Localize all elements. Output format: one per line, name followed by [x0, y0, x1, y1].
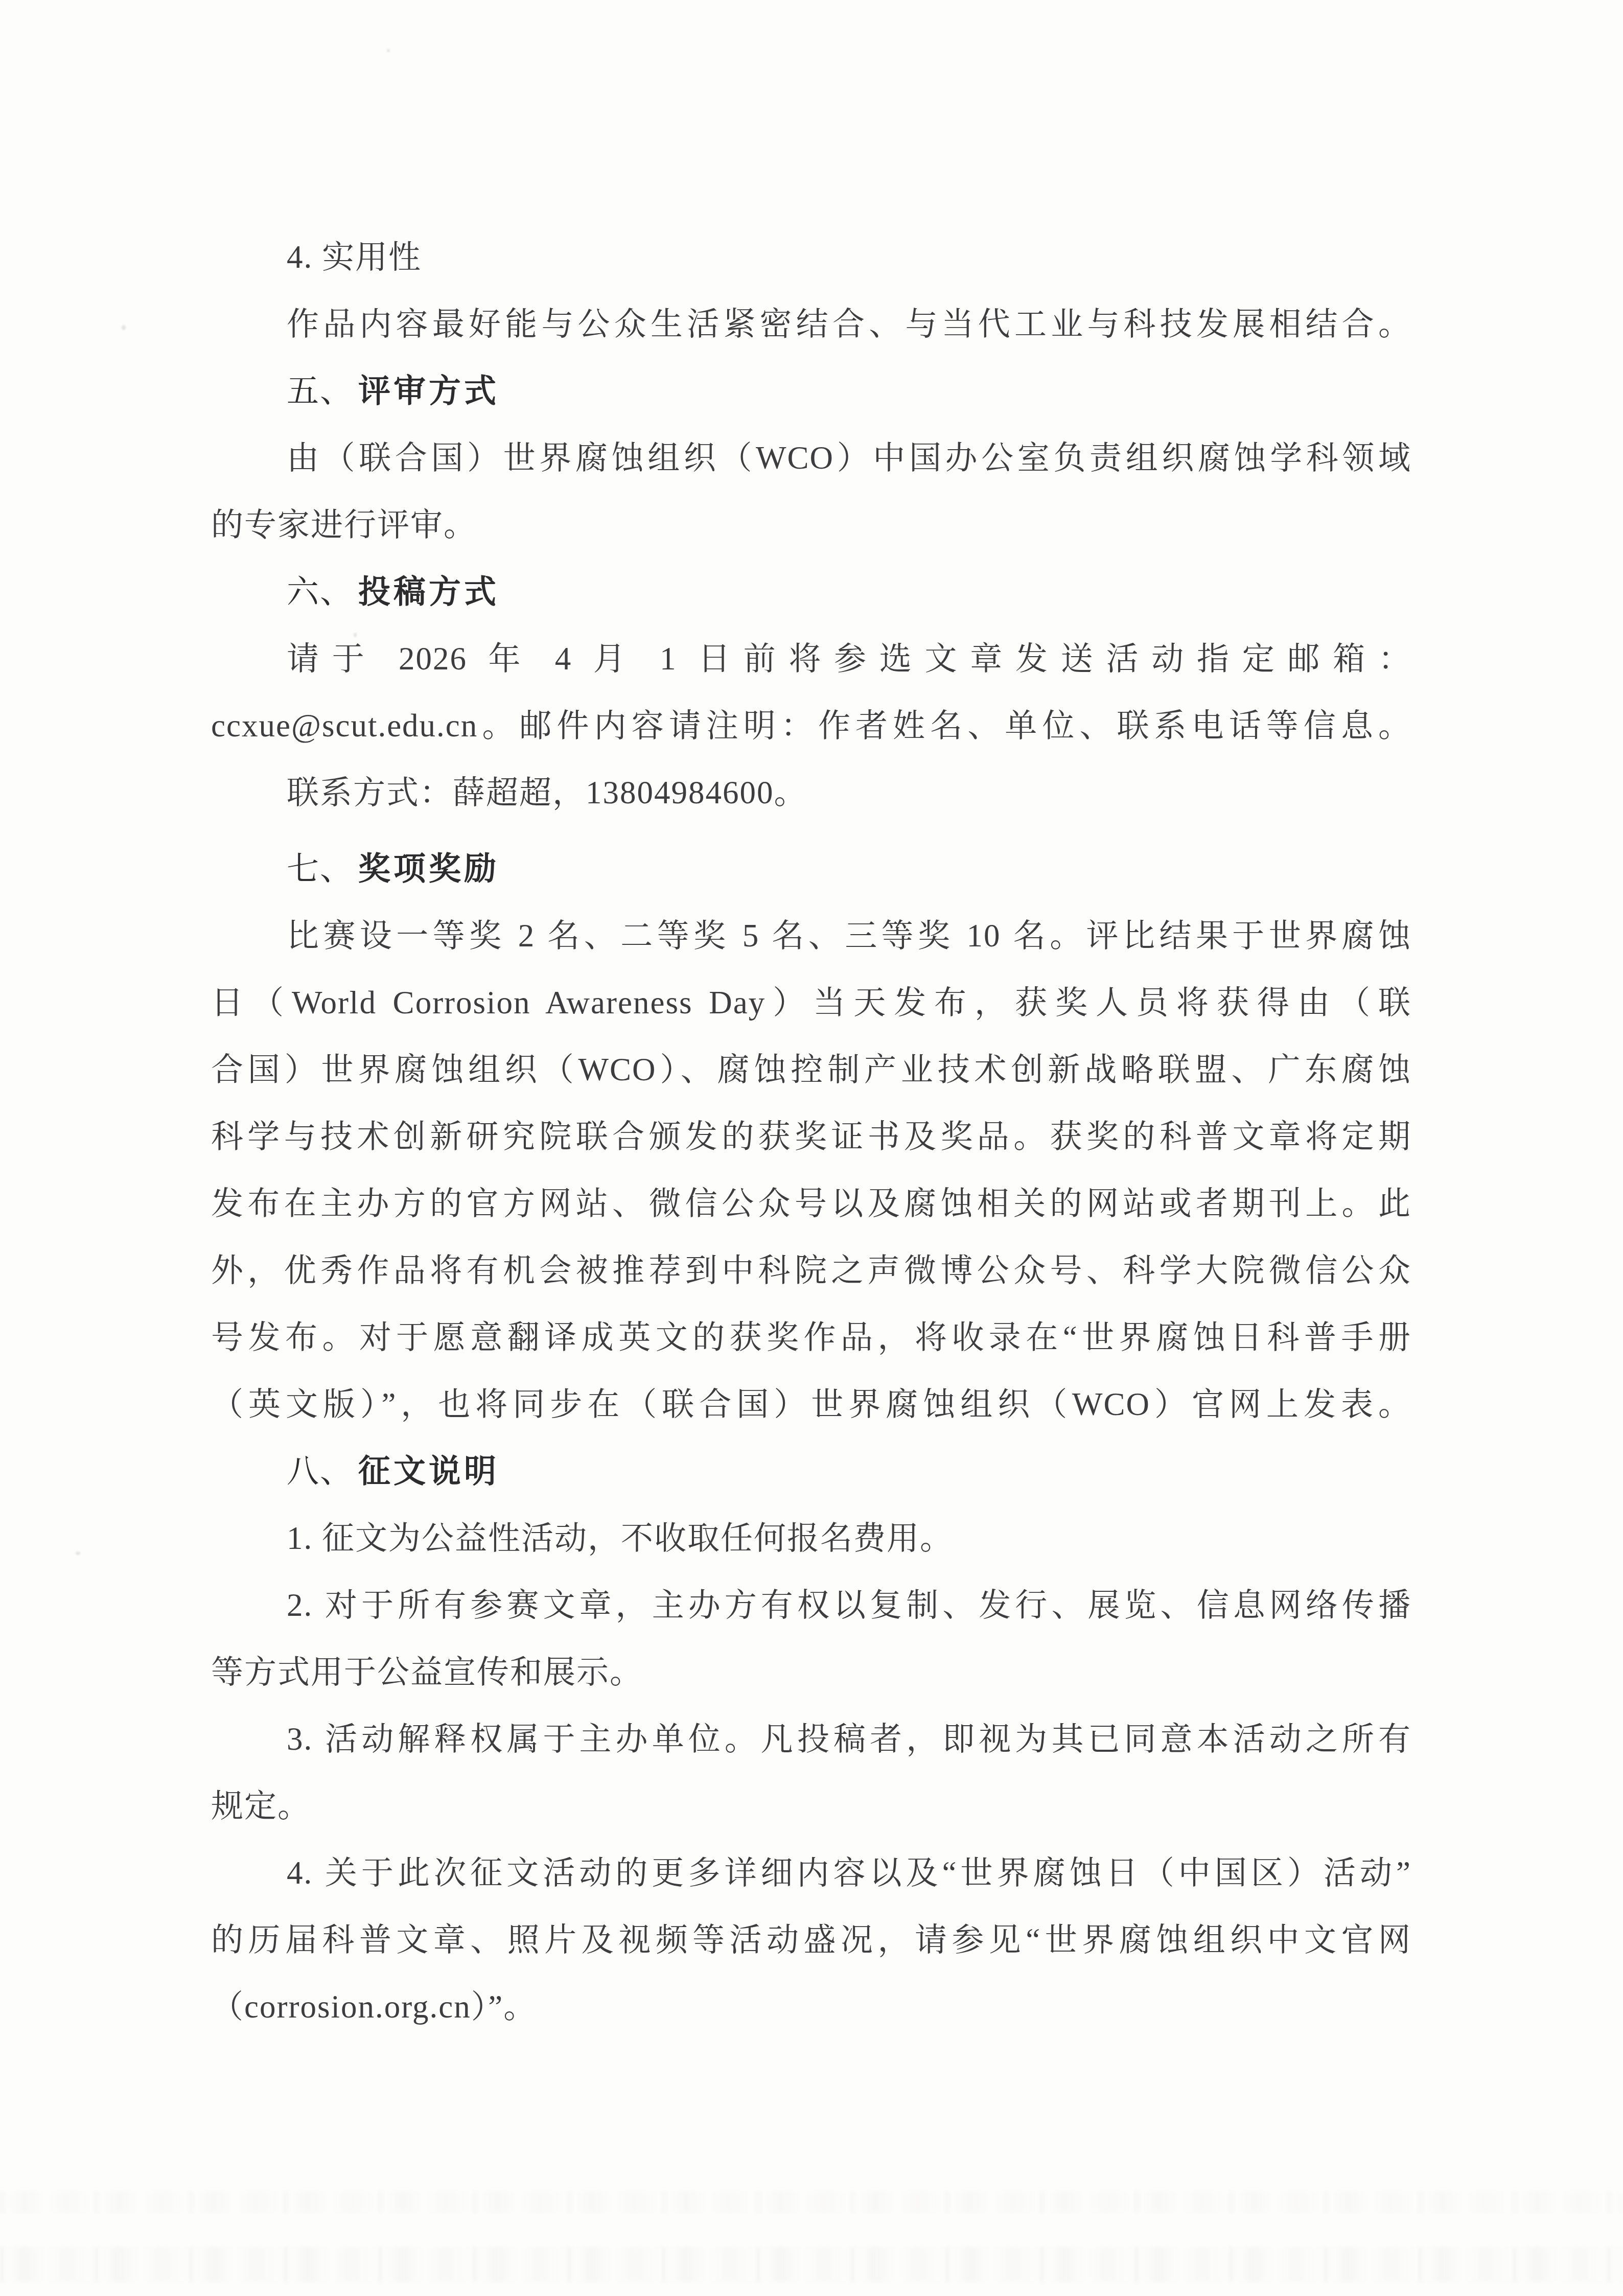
heading-title: 征文说明	[358, 1453, 499, 1489]
heading-number: 八、	[287, 1453, 353, 1489]
section-heading: 五、评审方式	[211, 358, 1411, 425]
text-line: 规定。	[211, 1773, 1411, 1840]
text-line: 等方式用于公益宣传和展示。	[211, 1639, 1411, 1706]
scan-speck	[122, 325, 126, 330]
text-line: 的专家进行评审。	[211, 492, 1411, 559]
scanned-document-page: 4. 实用性作品内容最好能与公众生活紧密结合、与当代工业与科技发展相结合。五、评…	[0, 0, 1623, 2296]
heading-title: 奖项奖励	[358, 851, 499, 887]
text-line: 联系方式：薛超超，13804984600。	[211, 759, 1411, 826]
section-heading: 六、投稿方式	[211, 559, 1411, 625]
scan-bleed-artifact	[0, 2246, 1623, 2282]
text-line: 外，优秀作品将有机会被推荐到中科院之声微博公众号、科学大院微信公众	[211, 1237, 1411, 1304]
section-heading: 七、奖项奖励	[211, 836, 1411, 902]
text-line: 1. 征文为公益性活动，不收取任何报名费用。	[211, 1505, 1411, 1572]
text-line: 日（World Corrosion Awareness Day）当天发布，获奖人…	[211, 969, 1411, 1036]
scan-speck	[76, 1551, 80, 1555]
scan-speck	[1218, 1139, 1221, 1142]
text-line: 比赛设一等奖 2 名、二等奖 5 名、三等奖 10 名。评比结果于世界腐蚀	[211, 902, 1411, 969]
text-line: 3. 活动解释权属于主办单位。凡投稿者，即视为其已同意本活动之所有	[211, 1706, 1411, 1773]
heading-number: 七、	[287, 851, 353, 887]
text-line: 号发布。对于愿意翻译成英文的获奖作品，将收录在“世界腐蚀日科普手册	[211, 1304, 1411, 1371]
text-line: 的历届科普文章、照片及视频等活动盛况，请参见“世界腐蚀组织中文官网	[211, 1907, 1411, 1974]
text-line: ccxue@scut.edu.cn。邮件内容请注明：作者姓名、单位、联系电话等信…	[211, 692, 1411, 759]
scan-bleed-artifact	[0, 2191, 1623, 2213]
text-line: （英文版）”，也将同步在（联合国）世界腐蚀组织（WCO）官网上发表。	[211, 1371, 1411, 1438]
heading-title: 评审方式	[358, 373, 499, 409]
heading-number: 五、	[287, 373, 353, 409]
text-line: 由（联合国）世界腐蚀组织（WCO）中国办公室负责组织腐蚀学科领域	[211, 425, 1411, 492]
section-heading: 八、征文说明	[211, 1438, 1411, 1505]
text-line: 4. 实用性	[211, 224, 1411, 291]
heading-number: 六、	[287, 574, 353, 610]
heading-title: 投稿方式	[358, 574, 499, 610]
text-line: 合国）世界腐蚀组织（WCO）、腐蚀控制产业技术创新战略联盟、广东腐蚀	[211, 1036, 1411, 1103]
text-line: 2. 对于所有参赛文章，主办方有权以复制、发行、展览、信息网络传播	[211, 1572, 1411, 1639]
scan-speck	[354, 633, 357, 637]
text-line: 请于 2026 年 4 月 1 日前将参选文章发送活动指定邮箱：	[211, 625, 1411, 692]
scan-speck	[387, 49, 390, 52]
text-line: 作品内容最好能与公众生活紧密结合、与当代工业与科技发展相结合。	[211, 291, 1411, 358]
text-line: （corrosion.org.cn）”。	[211, 1974, 1411, 2040]
text-line: 4. 关于此次征文活动的更多详细内容以及“世界腐蚀日（中国区）活动”	[211, 1840, 1411, 1907]
document-text-block: 4. 实用性作品内容最好能与公众生活紧密结合、与当代工业与科技发展相结合。五、评…	[211, 224, 1411, 2040]
text-line: 发布在主办方的官方网站、微信公众号以及腐蚀相关的网站或者期刊上。此	[211, 1170, 1411, 1237]
text-line: 科学与技术创新研究院联合颁发的获奖证书及奖品。获奖的科普文章将定期	[211, 1103, 1411, 1170]
